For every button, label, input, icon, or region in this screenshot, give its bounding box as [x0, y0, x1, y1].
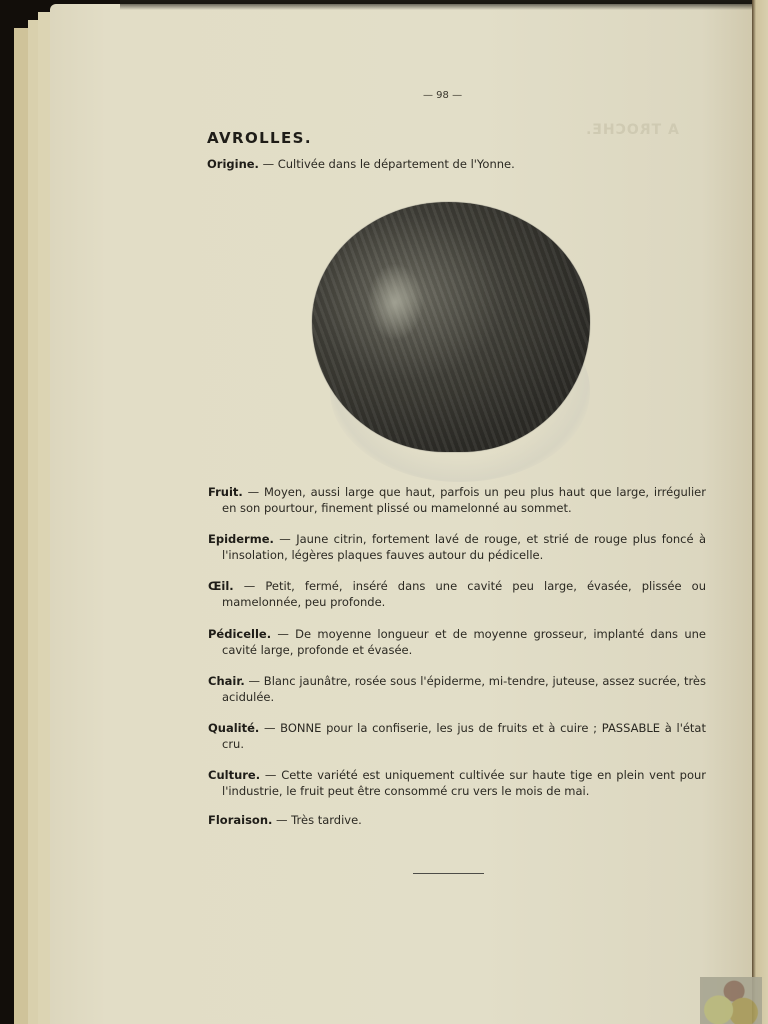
- entry-oeil: Œil. — Petit, fermé, inséré dans une cav…: [208, 578, 706, 610]
- entry-text: — Moyen, aussi large que haut, parfois u…: [222, 485, 706, 515]
- entry-label: Culture.: [208, 768, 260, 782]
- entry-floraison: Floraison. — Très tardive.: [208, 812, 706, 828]
- watermark-thumbnail-icon: [700, 977, 762, 1024]
- entry-pedicelle: Pédicelle. — De moyenne longueur et de m…: [208, 626, 706, 658]
- entry-label: Chair.: [208, 674, 245, 688]
- book-spine: [752, 0, 768, 1024]
- entry-text: — BONNE pour la confiserie, les jus de f…: [222, 721, 706, 751]
- entry-label: Fruit.: [208, 485, 243, 499]
- entry-qualite: Qualité. — BONNE pour la confiserie, les…: [208, 720, 706, 752]
- variety-title: AVROLLES.: [207, 129, 312, 147]
- entry-epiderme: Epiderme. — Jaune citrin, fortement lavé…: [208, 531, 706, 563]
- top-shadow: [120, 0, 760, 10]
- entry-label: Pédicelle.: [208, 627, 271, 641]
- entry-text: — Cette variété est uniquement cultivée …: [222, 768, 706, 798]
- entry-chair: Chair. — Blanc jaunâtre, rosée sous l'ép…: [208, 673, 706, 705]
- origine-label: Origine.: [207, 157, 259, 171]
- entry-text: — Blanc jaunâtre, rosée sous l'épiderme,…: [222, 674, 706, 704]
- origine-text: — Cultivée dans le département de l'Yonn…: [259, 157, 515, 171]
- entry-label: Œil.: [208, 579, 234, 593]
- section-divider: [413, 873, 484, 874]
- entry-label: Qualité.: [208, 721, 259, 735]
- entry-text: — Petit, fermé, inséré dans une cavité p…: [222, 579, 706, 609]
- entry-fruit: Fruit. — Moyen, aussi large que haut, pa…: [208, 484, 706, 516]
- entry-label: Epiderme.: [208, 532, 274, 546]
- apple-photograph-icon: [312, 202, 590, 452]
- entry-text: — Très tardive.: [272, 813, 361, 827]
- origine-line: Origine. — Cultivée dans le département …: [207, 157, 515, 171]
- page-number: — 98 —: [423, 90, 462, 101]
- entry-label: Floraison.: [208, 813, 272, 827]
- entry-text: — Jaune citrin, fortement lavé de rouge,…: [222, 532, 706, 562]
- show-through-text: A TROCHE.: [585, 122, 679, 138]
- entry-culture: Culture. — Cette variété est uniquement …: [208, 767, 706, 799]
- entry-text: — De moyenne longueur et de moyenne gros…: [222, 627, 706, 657]
- apple-figure: [312, 202, 590, 454]
